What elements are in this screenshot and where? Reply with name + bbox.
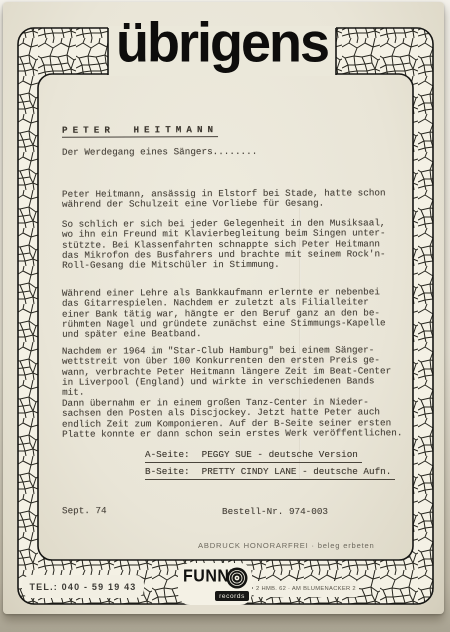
press-subheading: Der Werdegang eines Sängers........: [62, 146, 408, 158]
press-heading: PETER HEITMANN: [62, 124, 408, 138]
a-side-label: A-Seite:: [145, 449, 190, 460]
paragraph-5: Dann übernahm er in einem großen Tanz-Ce…: [62, 397, 408, 440]
paragraph-4: Nachdem er 1964 im "Star-Club Hamburg" b…: [62, 345, 408, 398]
a-side-row: A-Seite: PEGGY SUE - deutsche Version: [145, 449, 362, 463]
a-side-title: PEGGY SUE - deutsche Version: [202, 449, 358, 460]
phone-strip: TEL.: 040 - 59 19 43: [22, 575, 144, 598]
paragraph-1: Peter Heitmann, ansässig in Elstorf bei …: [62, 188, 408, 210]
paragraph-2: So schlich er sich bei jeder Gelegenheit…: [62, 218, 408, 271]
paragraph-3: Während einer Lehre als Bankkaufmann erl…: [62, 287, 408, 340]
records-badge: records: [215, 591, 249, 601]
date-text: Sept. 74: [62, 506, 182, 517]
funny-records-logo: FUNNY records: [178, 563, 252, 605]
scanned-press-sheet: übrigens PETER HEITMANN Der Werdegang ei…: [0, 0, 450, 632]
press-heading-text: PETER HEITMANN: [62, 125, 218, 138]
reprint-note: ABDRUCK HONORARFREI · beleg erbeten: [198, 541, 375, 550]
b-side-row: B-Seite: PRETTY CINDY LANE - deutsche Au…: [145, 466, 395, 480]
b-side-title: PRETTY CINDY LANE - deutsche Aufn.: [202, 466, 392, 477]
label-address: 2 HMB. 62 · AM BLUMENACKER 2: [256, 586, 356, 592]
address-strip: 2 HMB. 62 · AM BLUMENACKER 2: [253, 581, 359, 597]
b-side-label: B-Seite:: [145, 466, 190, 477]
masthead-title: übrigens: [108, 10, 336, 78]
record-disc-icon: [225, 566, 249, 590]
phone-number: TEL.: 040 - 59 19 43: [29, 582, 136, 592]
order-number: Bestell-Nr. 974-003: [222, 506, 328, 517]
